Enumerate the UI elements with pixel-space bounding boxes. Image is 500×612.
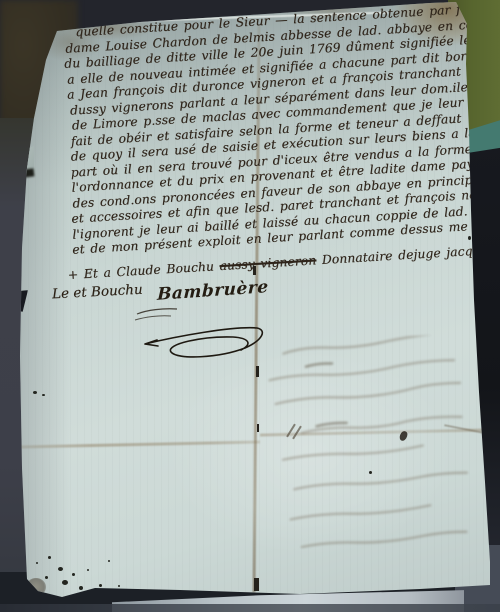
crease-ink-dash [254,578,259,591]
photo-of-manuscript: quelle constitue pour le Sieur — la sent… [0,0,500,612]
ink-speck [108,560,110,562]
ink-speck [79,586,83,590]
ink-speck [87,569,89,571]
ink-speck [118,585,120,587]
ink-speck [33,391,37,394]
ink-speck [48,556,51,559]
signature-paraph-flourish [133,300,273,362]
manuscript-page: quelle constitue pour le Sieur — la sent… [0,0,500,612]
ink-speck [42,394,45,396]
crease-ink-dash [253,266,256,275]
ink-speck [99,584,102,587]
ink-speck [468,236,471,240]
ink-bleedthrough [253,333,483,577]
handwritten-text-block: quelle constitue pour le Sieur — la sent… [62,2,487,283]
crease-ink-dash [257,424,259,432]
table-edge-band [0,604,500,612]
ink-speck [58,567,63,571]
ink-speck [72,573,75,576]
ink-speck [45,576,48,579]
ink-speck [36,562,38,564]
crease-ink-dash [256,366,259,377]
ink-speck [369,471,372,474]
ink-speck [62,580,68,585]
